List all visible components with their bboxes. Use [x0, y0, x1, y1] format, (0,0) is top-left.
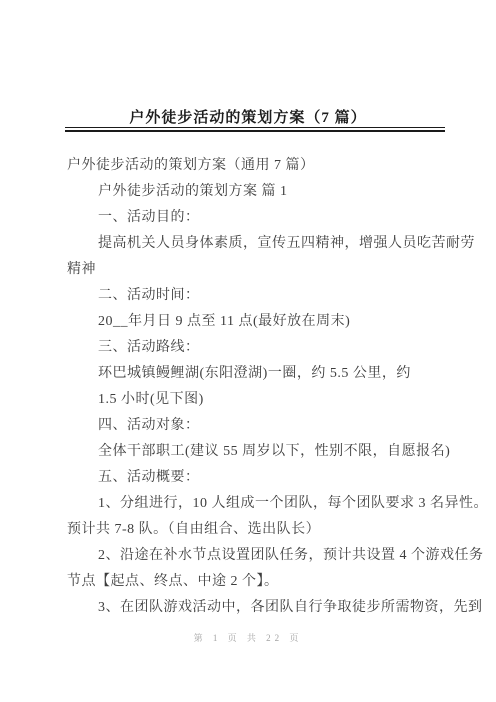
text-line: 提高机关人员身体素质，宣传五四精神，增强人员吃苦耐劳 [67, 231, 481, 257]
text-line: 二、活动时间： [67, 283, 481, 309]
text-line: 3、在团队游戏活动中，各团队自行争取徒步所需物资，先到 [67, 595, 481, 621]
document-page: { "document": { "title": "户外徒步活动的策划方案（7 … [0, 0, 496, 702]
text-line: 户外徒步活动的策划方案 篇 1 [67, 179, 481, 205]
text-line: 1、分组进行，10 人组成一个团队，每个团队要求 3 名异性。 [67, 491, 481, 517]
divider-bottom-rule [65, 130, 445, 132]
text-line: 户外徒步活动的策划方案（通用 7 篇） [67, 153, 481, 179]
text-line: 精神 [67, 257, 481, 283]
text-line: 2、沿途在补水节点设置团队任务，预计共设置 4 个游戏任务 [67, 543, 481, 569]
text-line: 四、活动对象： [67, 413, 481, 439]
text-line: 1.5 小时(见下图) [67, 387, 481, 413]
text-line: 三、活动路线： [67, 335, 481, 361]
text-line: 环巴城镇鳗鲤湖(东阳澄湖)一圈，约 5.5 公里，约 [67, 361, 481, 387]
page-number-footer: 第 1 页 共 22 页 [0, 631, 496, 644]
text-line: 预计共 7-8 队。（自由组合、选出队长） [67, 517, 481, 543]
text-line: 一、活动目的： [67, 205, 481, 231]
text-line: 五、活动概要： [67, 465, 481, 491]
text-line: 全体干部职工(建议 55 周岁以下，性别不限，自愿报名) [67, 439, 481, 465]
text-line: 20__年月日 9 点至 11 点(最好放在周末) [67, 309, 481, 335]
title-divider [65, 127, 445, 132]
page-title: 户外徒步活动的策划方案（7 篇） [0, 106, 496, 127]
document-body: 户外徒步活动的策划方案（通用 7 篇） 户外徒步活动的策划方案 篇 1 一、活动… [67, 153, 481, 621]
text-line: 节点【起点、终点、中途 2 个】。 [67, 569, 481, 595]
